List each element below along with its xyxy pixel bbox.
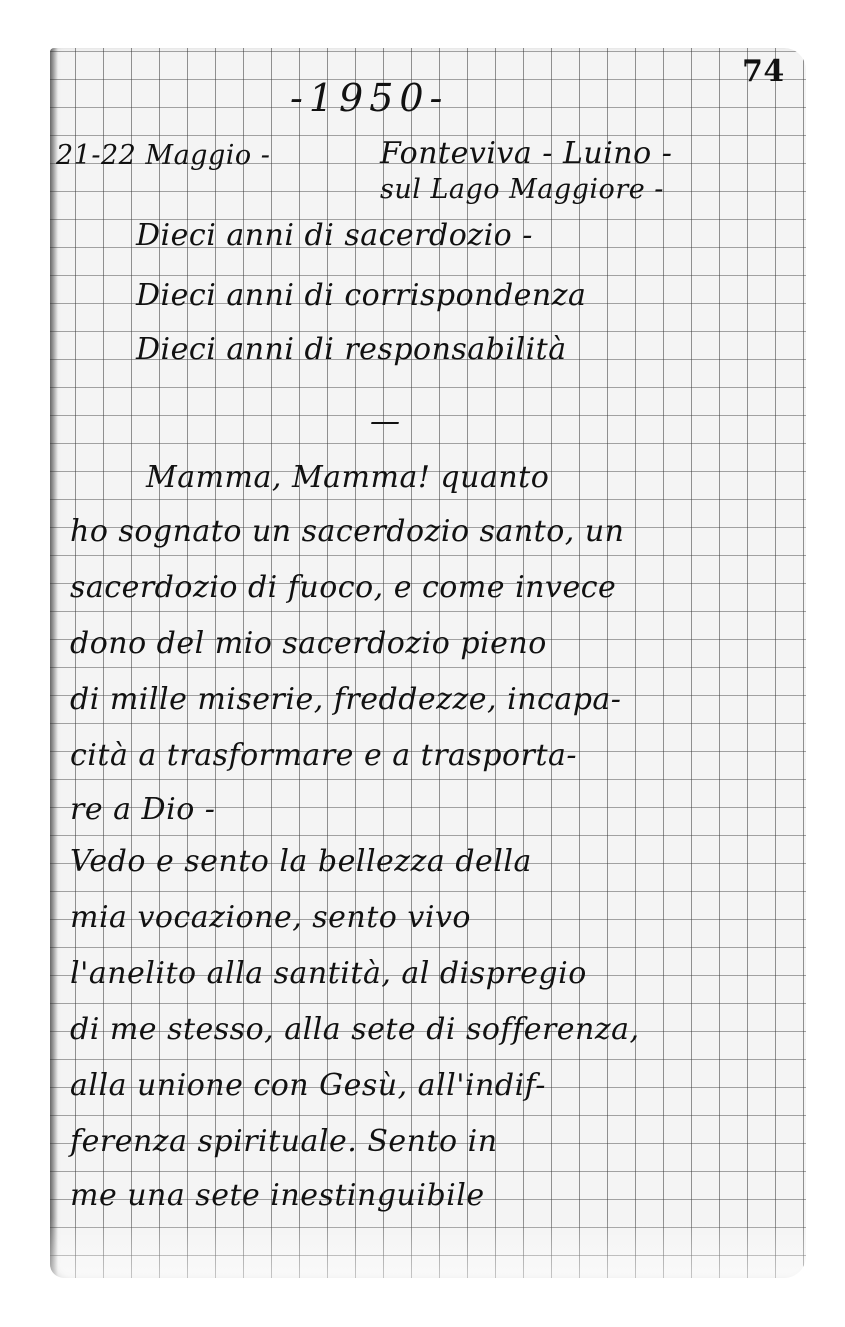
body-line: cità a trasformare e a trasporta- [70, 738, 577, 773]
body-line: di me stesso, alla sete di sofferenza, [70, 1012, 640, 1047]
body-line: re a Dio - [70, 792, 215, 827]
body-line: Mamma, Mamma! quanto [146, 460, 549, 495]
page-left-edge-shadow [50, 48, 58, 1278]
body-line: me una sete inestinguibile [70, 1178, 485, 1213]
body-line: ferenza spirituale. Sento in [70, 1124, 498, 1159]
body-line: Vedo e sento la bellezza della [70, 844, 532, 879]
intro-line: Dieci anni di corrispondenza [136, 278, 586, 313]
section-separator: — [370, 404, 401, 439]
entry-place-line-1: Fonteviva - Luino - [380, 136, 672, 171]
entry-date: 21-22 Maggio - [56, 140, 270, 171]
page-number: 74 [742, 54, 785, 89]
body-line: sacerdozio di fuoco, e come invece [70, 570, 616, 605]
page-bottom-fade [50, 1218, 806, 1278]
body-line: di mille miserie, freddezze, incapa- [70, 682, 621, 717]
body-line: alla unione con Gesù, all'indif- [70, 1068, 546, 1103]
intro-line: Dieci anni di sacerdozio - [136, 218, 533, 253]
body-line: l'anelito alla santità, al dispregio [70, 956, 587, 991]
entry-place-line-2: sul Lago Maggiore - [380, 174, 664, 205]
body-line: mia vocazione, sento vivo [70, 900, 471, 935]
diary-page: -1950- 74 21-22 Maggio - Fonteviva - Lui… [50, 48, 806, 1278]
body-line: dono del mio sacerdozio pieno [70, 626, 547, 661]
intro-line: Dieci anni di responsabilità [136, 332, 567, 367]
year-heading: -1950- [290, 76, 448, 120]
body-line: ho sognato un sacerdozio santo, un [70, 514, 625, 549]
